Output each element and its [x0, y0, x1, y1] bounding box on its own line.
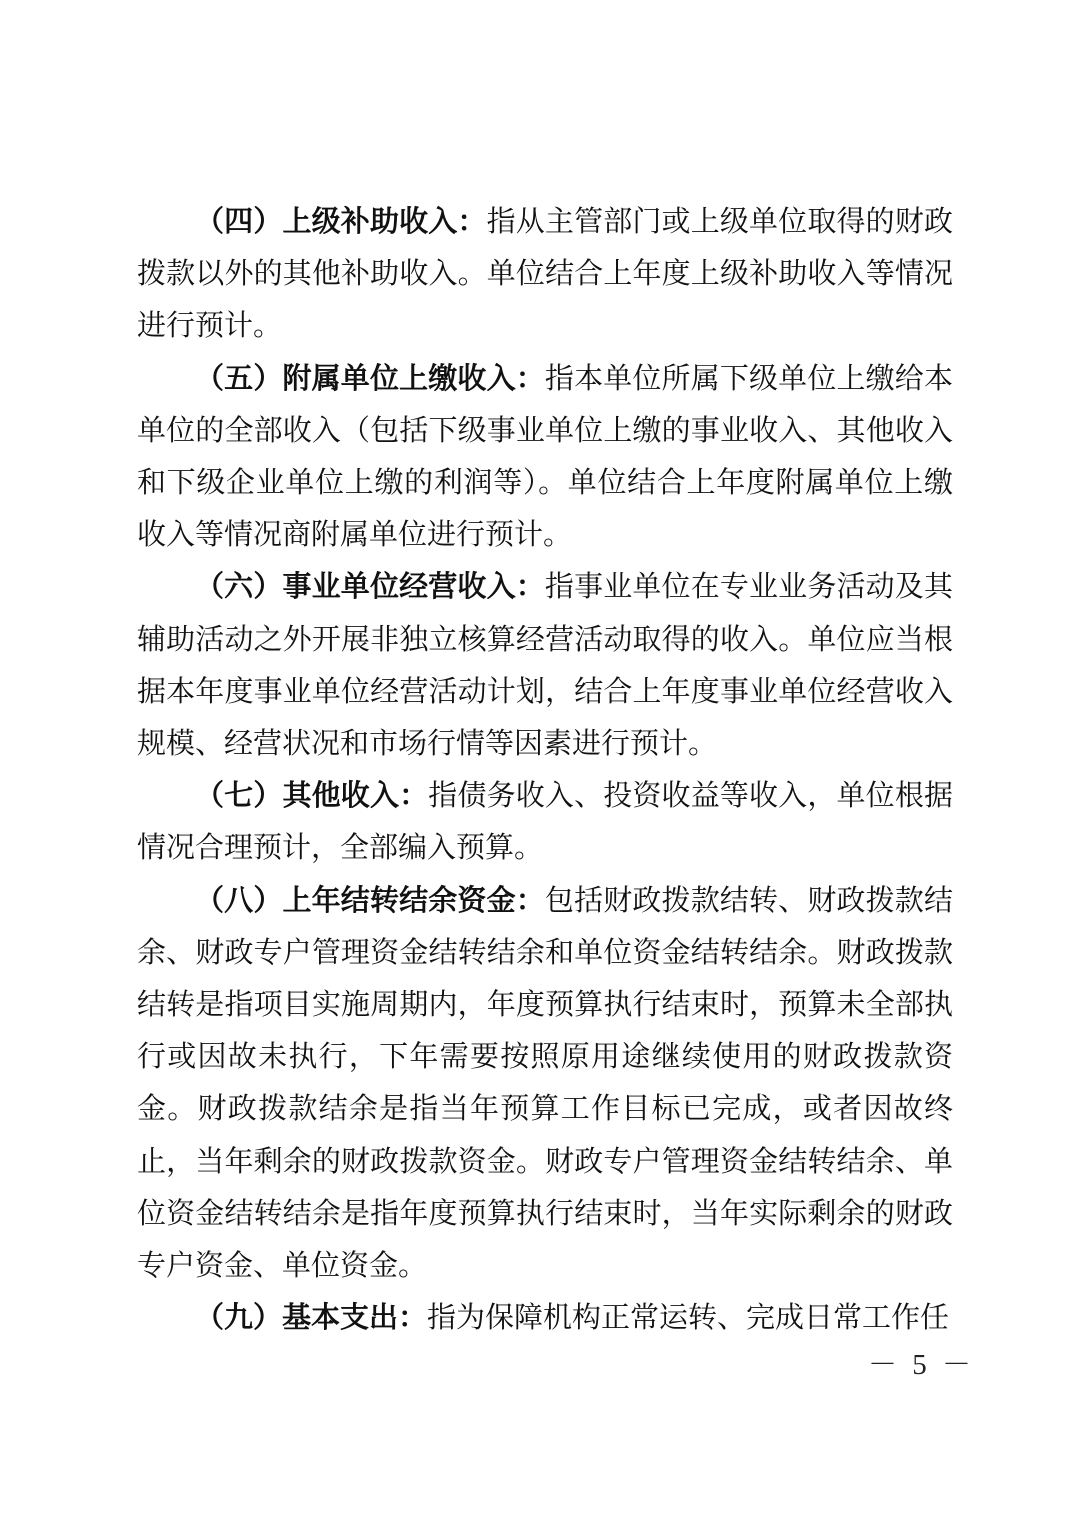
paragraph-heading: （八）上年结转结余资金：	[195, 885, 545, 917]
paragraph-heading: （七）其他收入：	[195, 780, 428, 812]
paragraph-heading: （九）基本支出：	[195, 1302, 427, 1334]
paragraph-heading: （四）上级补助收入：	[195, 206, 487, 238]
page-number: － 5 －	[868, 1342, 968, 1383]
document-body: （四）上级补助收入：指从主管部门或上级单位取得的财政拨款以外的其他补助收入。单位…	[137, 196, 953, 1344]
paragraph-item-5: （五）附属单位上缴收入：指本单位所属下级单位上缴给本单位的全部收入（包括下级事业…	[137, 353, 953, 562]
paragraph-item-6: （六）事业单位经营收入：指事业单位在专业业务活动及其辅助活动之外开展非独立核算经…	[137, 561, 953, 770]
paragraph-text: 指为保障机构正常运转、完成日常工作任	[427, 1302, 949, 1334]
paragraph-item-8: （八）上年结转结余资金：包括财政拨款结转、财政拨款结余、财政专户管理资金结转结余…	[137, 875, 953, 1293]
paragraph-heading: （五）附属单位上缴收入：	[195, 363, 545, 395]
paragraph-item-7: （七）其他收入：指债务收入、投资收益等收入，单位根据情况合理预计，全部编入预算。	[137, 770, 953, 874]
paragraph-item-4: （四）上级补助收入：指从主管部门或上级单位取得的财政拨款以外的其他补助收入。单位…	[137, 196, 953, 353]
document-page: （四）上级补助收入：指从主管部门或上级单位取得的财政拨款以外的其他补助收入。单位…	[0, 0, 1074, 1520]
paragraph-text: 包括财政拨款结转、财政拨款结余、财政专户管理资金结转结余和单位资金结转结余。财政…	[137, 885, 953, 1282]
paragraph-item-9: （九）基本支出：指为保障机构正常运转、完成日常工作任	[137, 1292, 953, 1344]
paragraph-heading: （六）事业单位经营收入：	[195, 571, 545, 603]
